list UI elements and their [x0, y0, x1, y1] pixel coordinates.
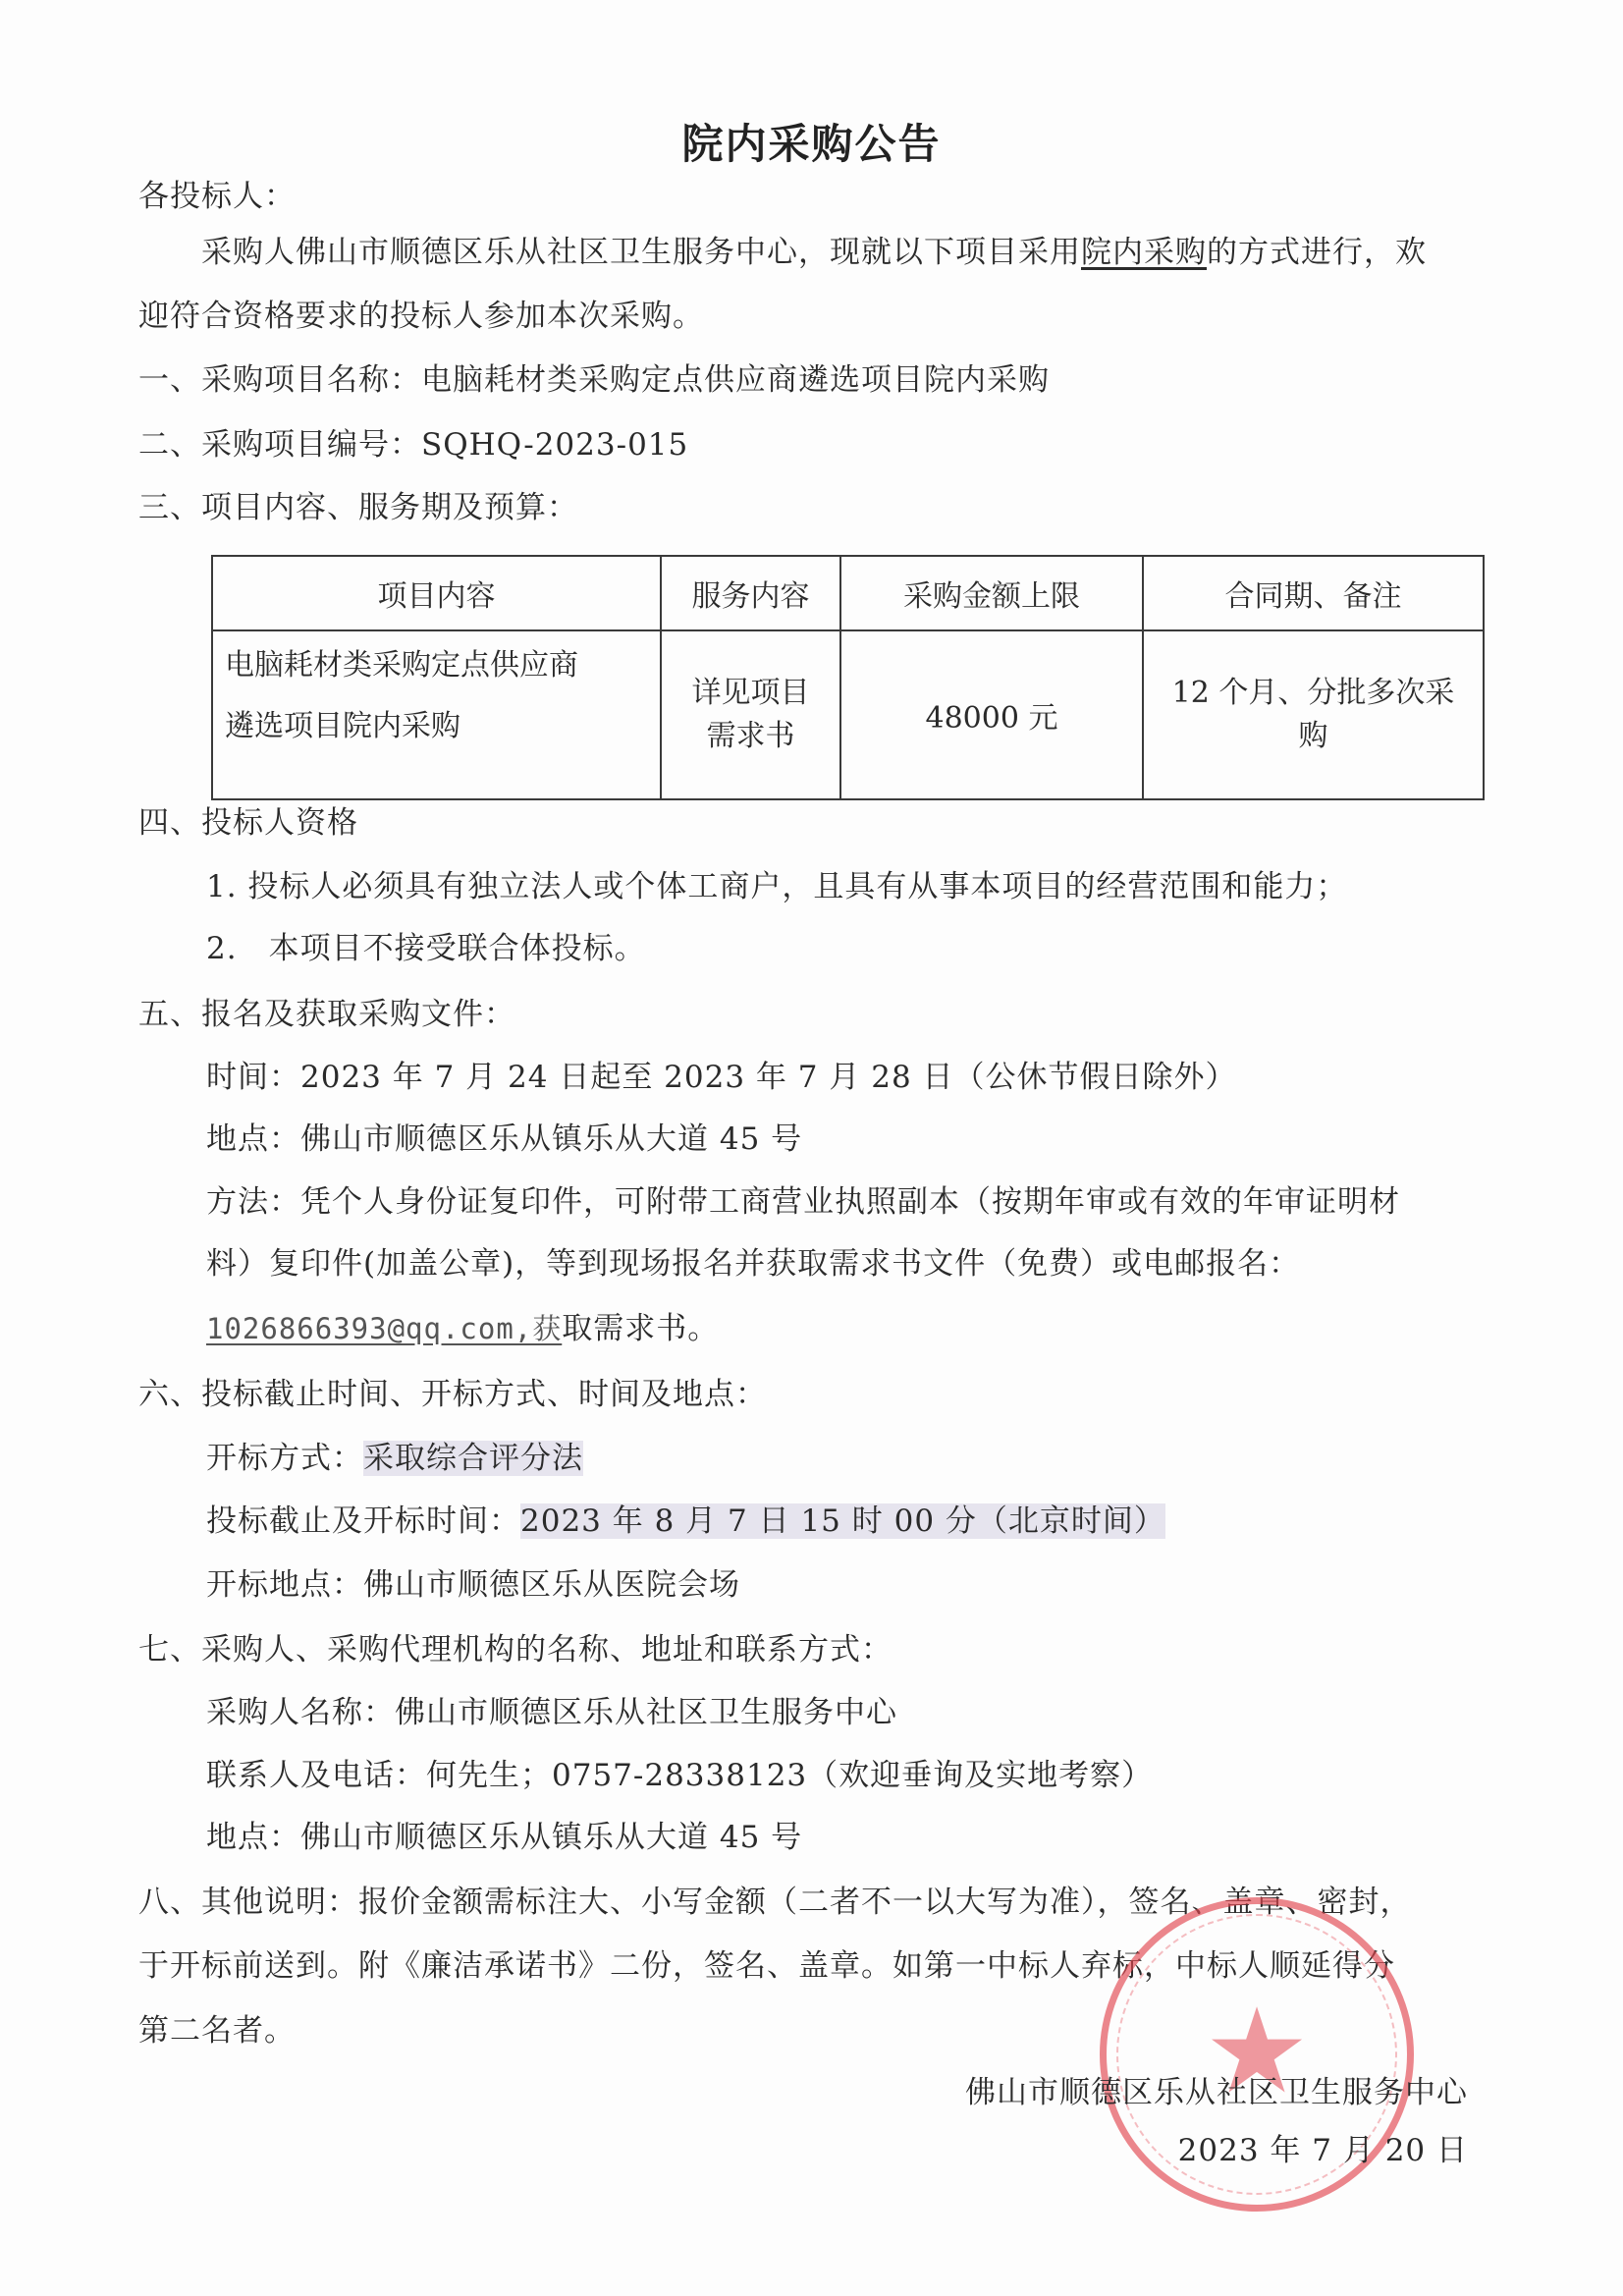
- section-1-project-name: 一、采购项目名称：电脑耗材类采购定点供应商遴选项目院内采购: [138, 360, 1050, 400]
- registration-method-line-3: 1026866393@qq.com,获取需求书。: [206, 1309, 719, 1348]
- email-link[interactable]: 1026866393@qq.com,获: [206, 1312, 562, 1345]
- section-3-heading: 三、项目内容、服务期及预算：: [138, 488, 578, 527]
- section-6-heading: 六、投标截止时间、开标方式、时间及地点：: [138, 1375, 767, 1414]
- signature-organization: 佛山市顺德区乐从社区卫生服务中心: [965, 2073, 1468, 2112]
- bid-deadline-value: 2023 年 8 月 7 日 15 时 00 分（北京时间）: [520, 1503, 1165, 1539]
- salutation: 各投标人：: [138, 177, 296, 216]
- section-2-project-number: 二、采购项目编号：SQHQ-2023-015: [138, 425, 688, 465]
- section-5-heading: 五、报名及获取采购文件：: [138, 995, 515, 1034]
- section-8-line-3: 第二名者。: [138, 2011, 296, 2050]
- intro-method-underlined: 院内采购: [1081, 235, 1207, 270]
- purchaser-name: 采购人名称：佛山市顺德区乐从社区卫生服务中心: [206, 1693, 897, 1732]
- bid-opening-method: 开标方式：采取综合评分法: [206, 1439, 583, 1478]
- bid-deadline: 投标截止及开标时间：2023 年 8 月 7 日 15 时 00 分（北京时间）: [206, 1502, 1165, 1541]
- cell-project-content: 电脑耗材类采购定点供应商 遴选项目院内采购: [212, 630, 661, 799]
- cell-amount: 48000 元: [840, 630, 1143, 799]
- qualification-item-2: 2. 本项目不接受联合体投标。: [206, 929, 646, 968]
- intro-suffix: 的方式进行，欢: [1207, 235, 1427, 270]
- purchaser-address: 地点：佛山市顺德区乐从镇乐从大道 45 号: [206, 1818, 802, 1857]
- registration-time: 时间：2023 年 7 月 24 日起至 2023 年 7 月 28 日（公休节…: [206, 1058, 1237, 1097]
- bid-opening-method-value: 采取综合评分法: [363, 1441, 583, 1476]
- header-contract-period: 合同期、备注: [1143, 556, 1484, 630]
- cell-service-content: 详见项目 需求书: [661, 630, 840, 799]
- section-7-heading: 七、采购人、采购代理机构的名称、地址和联系方式：: [138, 1630, 893, 1669]
- signature-date: 2023 年 7 月 20 日: [1178, 2131, 1468, 2170]
- page-title: 院内采购公告: [0, 120, 1623, 169]
- qualification-item-1: 1. 投标人必须具有独立法人或个体工商户，且具有从事本项目的经营范围和能力；: [206, 867, 1347, 906]
- contact-phone: 联系人及电话：何先生；0757-28338123（欢迎垂询及实地考察）: [206, 1756, 1153, 1795]
- table-header-row: 项目内容 服务内容 采购金额上限 合同期、备注: [212, 556, 1484, 630]
- table-row: 电脑耗材类采购定点供应商 遴选项目院内采购 详见项目 需求书 48000 元 1…: [212, 630, 1484, 799]
- intro-line-1: 采购人佛山市顺德区乐从社区卫生服务中心，现就以下项目采用院内采购的方式进行，欢: [201, 233, 1427, 272]
- cell-period: 12 个月、分批多次采 购: [1143, 630, 1484, 799]
- registration-method-line-1: 方法：凭个人身份证复印件，可附带工商营业执照副本（按期年审或有效的年审证明材: [206, 1182, 1400, 1222]
- budget-table: 项目内容 服务内容 采购金额上限 合同期、备注 电脑耗材类采购定点供应商 遴选项…: [211, 555, 1485, 800]
- registration-method-suffix: 取需求书。: [562, 1311, 719, 1346]
- header-project-content: 项目内容: [212, 556, 661, 630]
- bid-opening-location: 开标地点：佛山市顺德区乐从医院会场: [206, 1565, 740, 1605]
- registration-method-line-2: 料）复印件(加盖公章)，等到现场报名并获取需求书文件（免费）或电邮报名：: [206, 1244, 1300, 1284]
- intro-prefix: 采购人佛山市顺德区乐从社区卫生服务中心，现就以下项目采用: [201, 235, 1081, 270]
- section-4-heading: 四、投标人资格: [138, 803, 358, 843]
- header-amount-limit: 采购金额上限: [840, 556, 1143, 630]
- announcement-page: 院内采购公告 各投标人： 采购人佛山市顺德区乐从社区卫生服务中心，现就以下项目采…: [0, 0, 1623, 2296]
- header-service-content: 服务内容: [661, 556, 840, 630]
- intro-line-2: 迎符合资格要求的投标人参加本次采购。: [138, 297, 704, 336]
- registration-place: 地点：佛山市顺德区乐从镇乐从大道 45 号: [206, 1120, 802, 1159]
